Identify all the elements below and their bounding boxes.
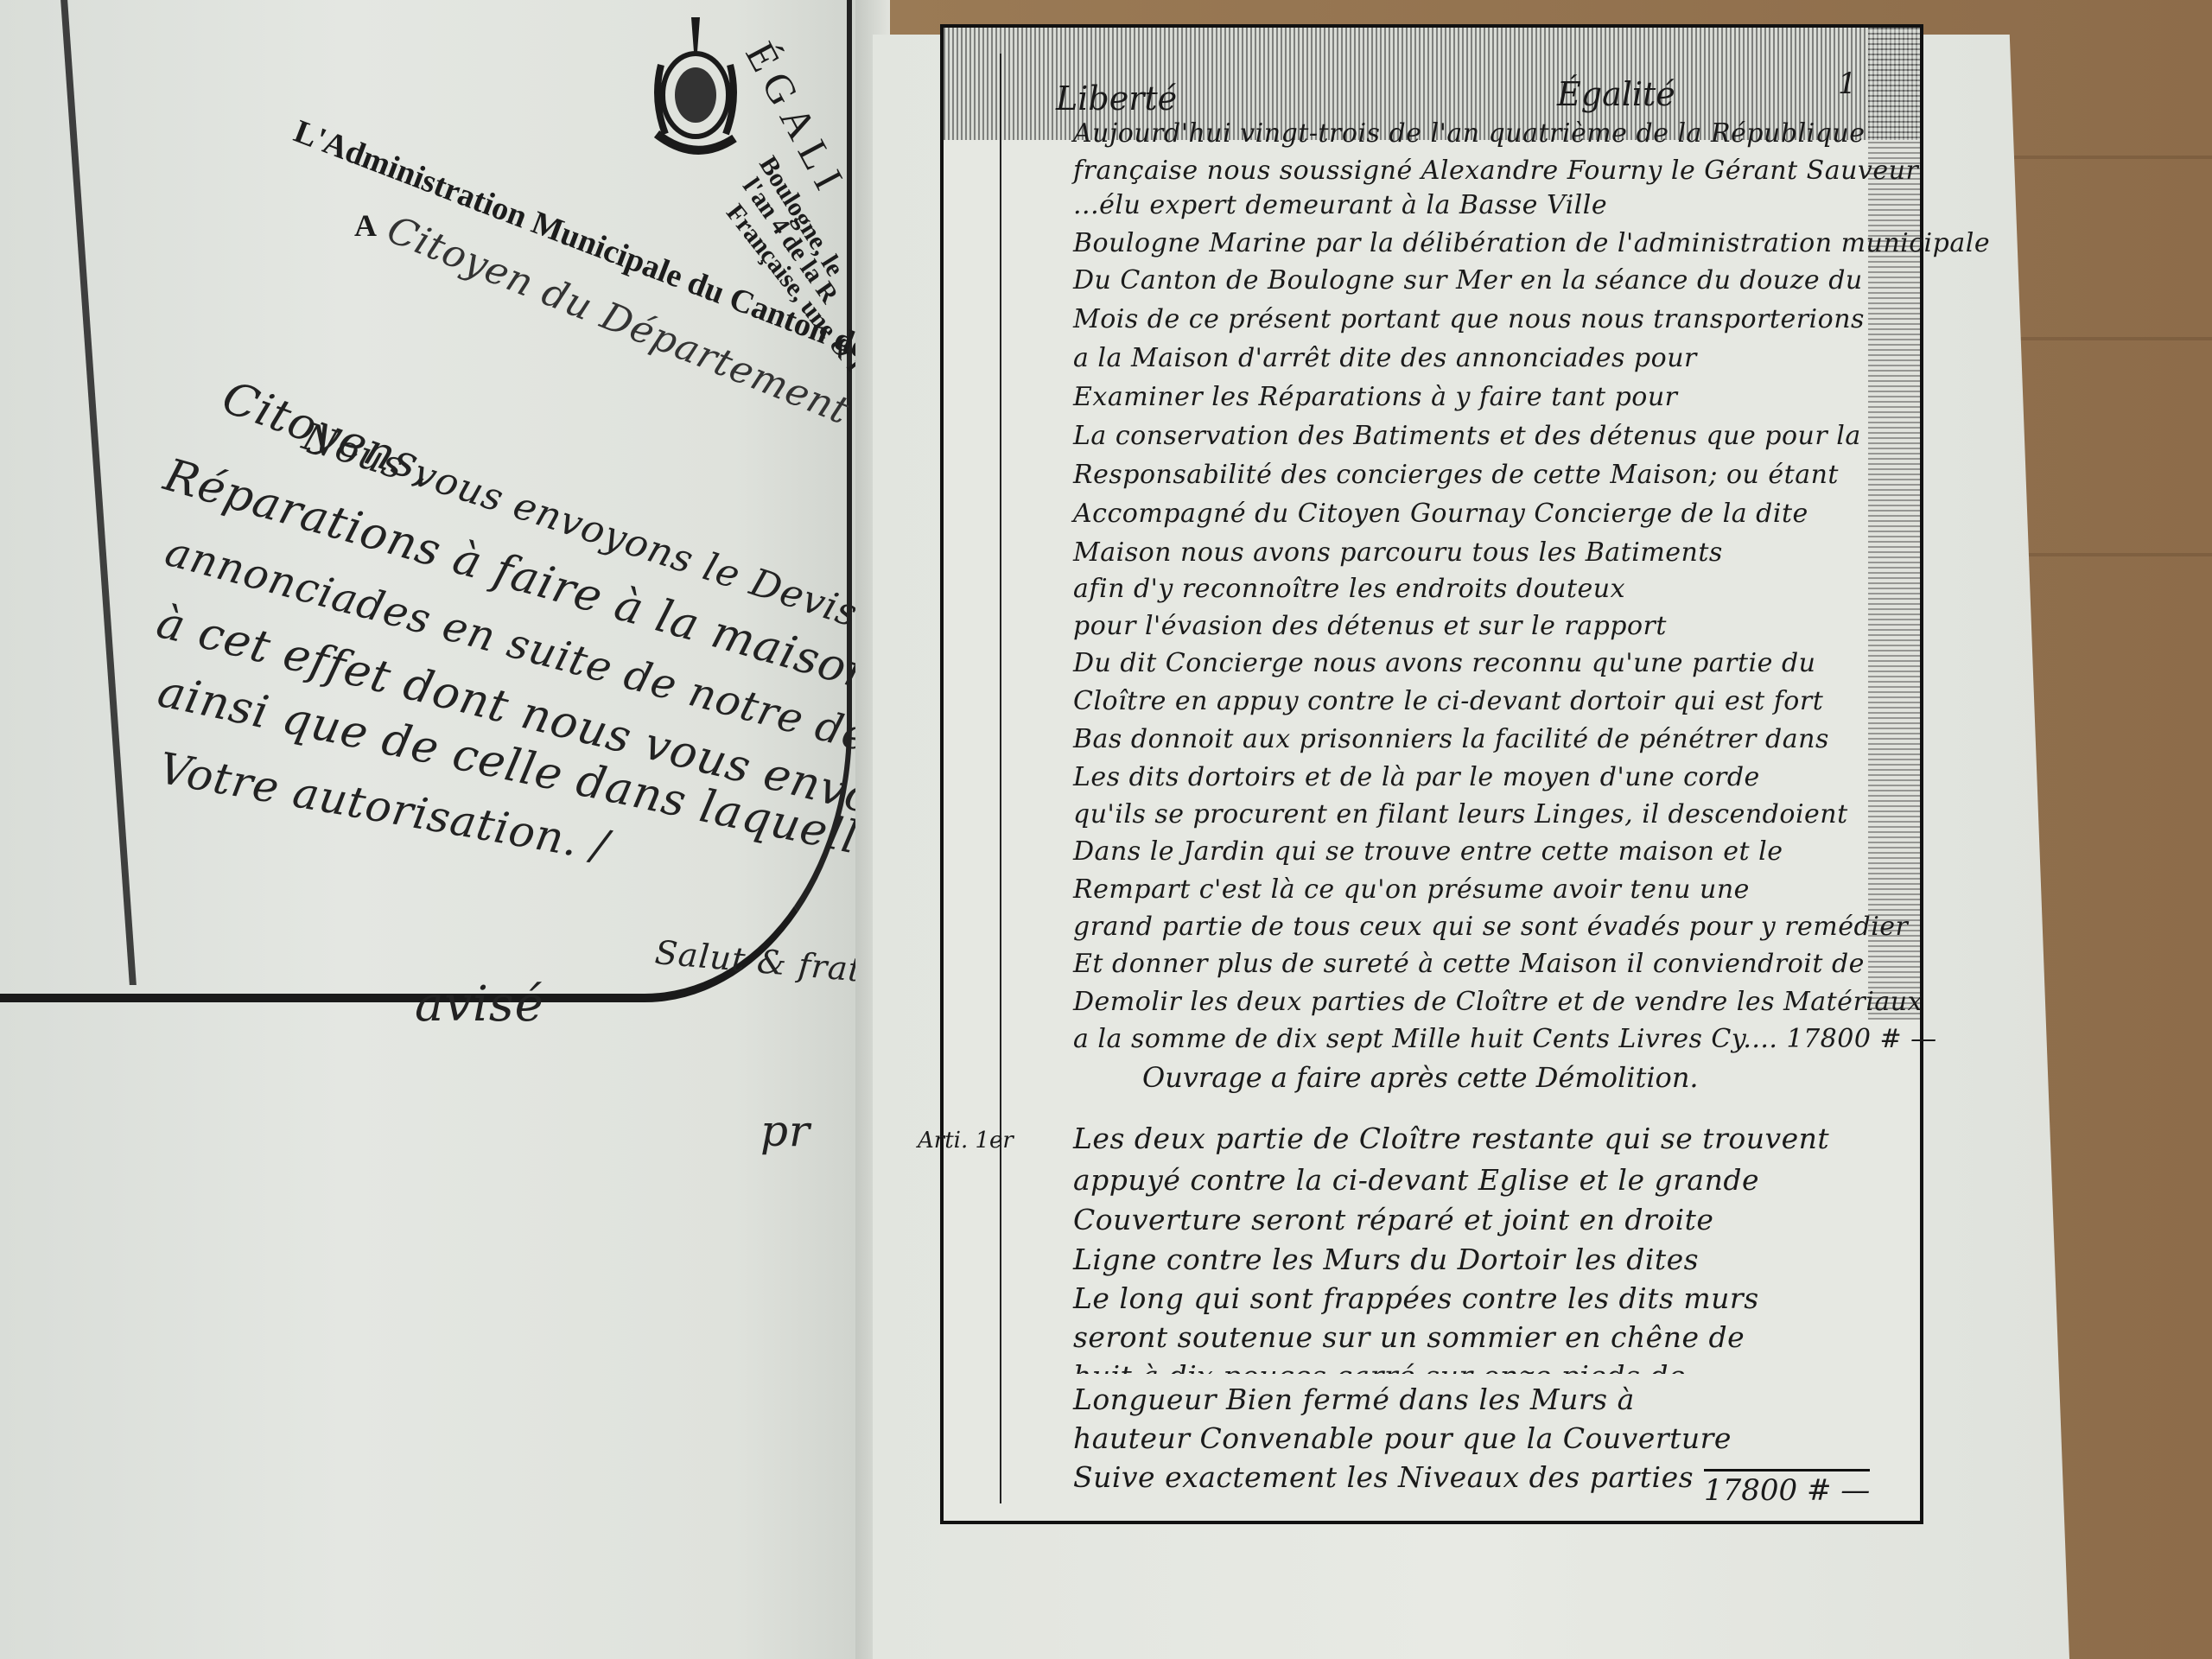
body-line: Aujourd'hui vingt-trois de l'an quatrièm…	[1073, 118, 1866, 149]
body-line: pour l'évasion des détenus et sur le rap…	[1073, 611, 1667, 641]
signature: avisé	[415, 976, 544, 1033]
article-line: Longueur Bien fermé dans les Murs à	[1073, 1382, 1635, 1416]
body-line: ...élu expert demeurant à la Basse Ville	[1073, 190, 1607, 220]
total-amount: 17800 # —	[1704, 1469, 1870, 1508]
article-line: Les deux partie de Cloître restante qui …	[1073, 1122, 1829, 1155]
body-line: Maison nous avons parcouru tous les Bati…	[1073, 537, 1723, 568]
republic-emblem-icon	[639, 9, 752, 173]
article-line: Le long qui sont frappées contre les dit…	[1073, 1281, 1759, 1315]
article-line: appuyé contre la ci-devant Eglise et le …	[1073, 1163, 1759, 1197]
right-document-lower: a la somme de dix sept Mille huit Cents …	[940, 1020, 1923, 1395]
body-line: Et donner plus de sureté à cette Maison …	[1073, 949, 1865, 979]
header-egalite: Égalité	[1557, 75, 1675, 113]
article-line: seront soutenue sur un sommier en chêne …	[1073, 1320, 1745, 1354]
page-number: 1	[1838, 67, 1857, 101]
body-line: Dans le Jardin qui se trouve entre cette…	[1073, 836, 1783, 867]
article-line: Ligne contre les Murs du Dortoir les dit…	[1073, 1243, 1699, 1276]
article-line: Couverture seront réparé et joint en dro…	[1073, 1203, 1713, 1236]
body-line: La conservation des Batiments et des dét…	[1073, 421, 1861, 451]
header-liberte: Liberté	[1056, 79, 1177, 118]
body-line: Examiner les Réparations à y faire tant …	[1073, 382, 1678, 412]
body-line: grand partie de tous ceux qui se sont év…	[1073, 912, 1908, 942]
body-line: Cloître en appuy contre le ci-devant dor…	[1073, 686, 1823, 716]
left-page: ÉGALI L'Administration Municipale du Can…	[0, 0, 864, 1659]
left-document-photocopy: ÉGALI L'Administration Municipale du Can…	[0, 0, 852, 1002]
body-line: Du dit Concierge nous avons reconnu qu'u…	[1073, 648, 1815, 678]
right-document-bottom: Longueur Bien fermé dans les Murs à haut…	[940, 1374, 1923, 1524]
margin-line	[1000, 1020, 1001, 1374]
body-line: Responsabilité des concierges de cette M…	[1073, 460, 1839, 490]
body-line: a la somme de dix sept Mille huit Cents …	[1073, 1024, 1937, 1054]
body-line: afin d'y reconnoître les endroits douteu…	[1073, 574, 1625, 604]
article-label: Arti. 1er	[918, 1128, 1014, 1154]
article-line: Suive exactement les Niveaux des parties	[1073, 1460, 1694, 1494]
margin-line	[1000, 1374, 1001, 1503]
body-line: qu'ils se procurent en filant leurs Ling…	[1073, 799, 1848, 829]
body-line: Accompagné du Citoyen Gournay Concierge …	[1073, 499, 1808, 529]
body-line: Bas donnoit aux prisonniers la facilité …	[1073, 724, 1829, 754]
signature: pr	[760, 1106, 810, 1156]
body-line: française nous soussigné Alexandre Fourn…	[1073, 156, 1918, 186]
section-heading: Ouvrage a faire après cette Démolition.	[1142, 1061, 1699, 1094]
open-book: ÉGALI L'Administration Municipale du Can…	[0, 0, 2069, 1659]
recipient-prefix: A	[354, 207, 377, 244]
body-line: Les dits dortoirs et de là par le moyen …	[1073, 762, 1760, 792]
body-line: Mois de ce présent portant que nous nous…	[1073, 304, 1865, 334]
body-line: Demolir les deux parties de Cloître et d…	[1073, 987, 1923, 1017]
body-line: Boulogne Marine par la délibération de l…	[1073, 228, 1990, 258]
document-edge	[60, 0, 137, 985]
body-line: Rempart c'est là ce qu'on présume avoir …	[1073, 874, 1750, 905]
body-line: a la Maison d'arrêt dite des annonciades…	[1073, 343, 1697, 373]
body-line: Du Canton de Boulogne sur Mer en la séan…	[1073, 265, 1863, 296]
article-line: hauteur Convenable pour que la Couvertur…	[1073, 1421, 1732, 1455]
